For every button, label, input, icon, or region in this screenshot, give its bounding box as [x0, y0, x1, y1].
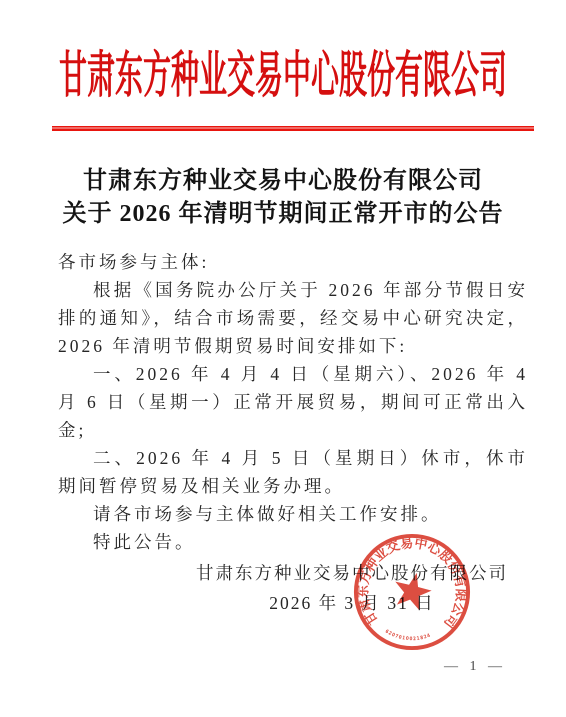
letterhead-company-name: 甘肃东方种业交易中心股份有限公司 [59, 35, 507, 107]
body-paragraph: 请各市场参与主体做好相关工作安排。 [58, 500, 528, 528]
signature-company: 甘肃东方种业交易中心股份有限公司 [196, 558, 508, 588]
signature-date: 2026 年 3 月 31 日 [196, 588, 508, 618]
body-paragraph: 二、2026 年 4 月 5 日（星期日）休市，休市期间暂停贸易及相关业务办理。 [58, 444, 528, 500]
document-title: 甘肃东方种业交易中心股份有限公司 关于 2026 年清明节期间正常开市的公告 [0, 165, 566, 231]
svg-text:6207010021824: 6207010021824 [383, 628, 432, 643]
announcement-page: 甘肃东方种业交易中心股份有限公司 甘肃东方种业交易中心股份有限公司 关于 202… [0, 0, 566, 717]
body-paragraph: 根据《国务院办公厅关于 2026 年部分节假日安排的通知》，结合市场需要，经交易… [58, 276, 528, 360]
announcement-body: 各市场参与主体: 根据《国务院办公厅关于 2026 年部分节假日安排的通知》，结… [58, 248, 528, 556]
signature-block: 甘肃东方种业交易中心股份有限公司 2026 年 3 月 31 日 [196, 558, 508, 618]
document-title-line2: 关于 2026 年清明节期间正常开市的公告 [0, 198, 566, 231]
document-title-line1: 甘肃东方种业交易中心股份有限公司 [0, 165, 566, 198]
salutation: 各市场参与主体: [58, 248, 528, 276]
body-paragraph: 一、2026 年 4 月 4 日（星期六）、2026 年 4 月 6 日（星期一… [58, 360, 528, 444]
seal-number: 6207010021824 [383, 628, 432, 643]
page-number: — 1 — [444, 659, 506, 675]
letterhead-divider-rule [52, 126, 534, 131]
body-paragraph: 特此公告。 [58, 528, 528, 556]
letterhead-banner: 甘肃东方种业交易中心股份有限公司 [0, 40, 566, 102]
